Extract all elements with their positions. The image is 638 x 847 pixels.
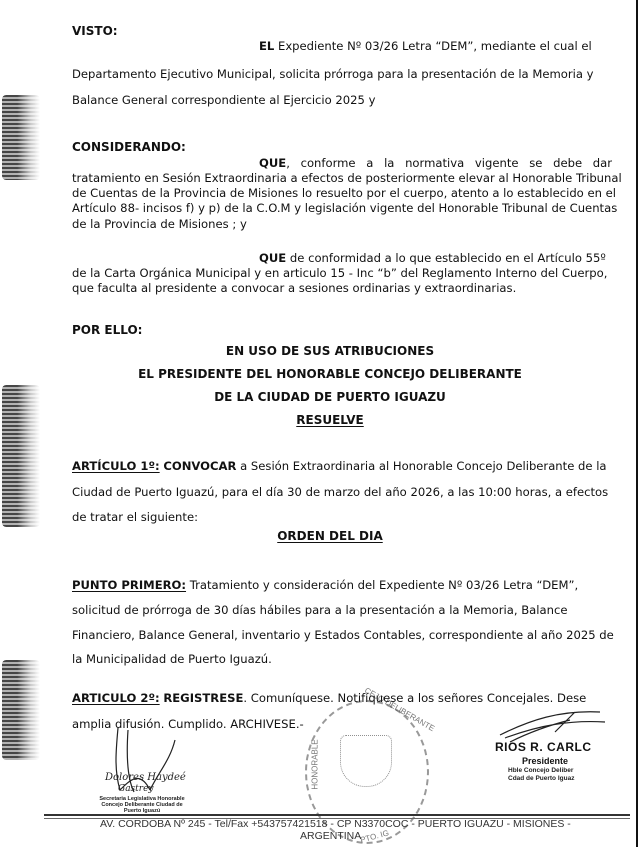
- section-heading-visto: VISTO:: [72, 24, 612, 39]
- president-subtitle-line: Hble Concejo Deliber: [508, 767, 574, 775]
- president-signature-name: RIOS R. CARLC: [495, 740, 592, 754]
- orden-del-dia-heading: ORDEN DEL DIA: [60, 529, 600, 544]
- seal-emblem-icon: [340, 735, 392, 787]
- document-page: VISTO: EL Expediente Nº 03/26 Letra “DEM…: [0, 0, 638, 847]
- articulo1-line: Ciudad de Puerto Iguazú, para el día 30 …: [72, 485, 612, 500]
- visto-lead: EL: [259, 39, 274, 53]
- visto-text: Expediente Nº 03/26 Letra “DEM”, mediant…: [274, 39, 591, 53]
- secretary-title: Secretaria Legislativa Honorable Concejo…: [97, 796, 187, 814]
- scanner-artifact: [2, 95, 40, 180]
- considerando-que1-line: QUE, conforme a la normativa vigente se …: [259, 156, 612, 171]
- visto-paragraph-line: Balance General correspondiente al Ejerc…: [72, 93, 612, 108]
- que2-lead: QUE: [259, 251, 286, 265]
- considerando-que1-line: tratamiento en Sesión Extraordinaria a e…: [72, 171, 612, 186]
- section-heading-por-ello: POR ELLO:: [72, 323, 612, 338]
- footer-divider: [44, 814, 630, 816]
- footer-address: AV. CORDOBA Nº 245 - Tel/Fax +5437574215…: [100, 818, 580, 830]
- scanner-artifact: [2, 660, 40, 760]
- articulo1-line: de tratar el siguiente:: [72, 510, 612, 525]
- punto-primero-line: la Municipalidad de Puerto Iguazú.: [72, 652, 612, 667]
- punto-primero-text: Tratamiento y consideración del Expedien…: [186, 578, 578, 592]
- secretary-signature-surname: Gastrey: [118, 784, 154, 794]
- visto-paragraph-line: Departamento Ejecutivo Municipal, solici…: [72, 67, 612, 82]
- visto-paragraph-line: EL Expediente Nº 03/26 Letra “DEM”, medi…: [259, 39, 613, 54]
- que1-text: , conforme a la normativa vigente se deb…: [286, 156, 612, 170]
- articulo1-label: ARTÍCULO 1º:: [72, 459, 160, 473]
- que2-text: de conformidad a lo que establecido en e…: [286, 251, 606, 265]
- scanner-artifact: [2, 385, 40, 527]
- articulo2-text: . Comuníquese. Notifíquese a los señores…: [243, 691, 586, 705]
- articulo1-text: a Sesión Extraordinaria al Honorable Con…: [236, 459, 606, 473]
- section-heading-considerando: CONSIDERANDO:: [72, 140, 612, 155]
- punto-primero-label: PUNTO PRIMERO:: [72, 578, 186, 592]
- considerando-que1-line: de la Provincia de Misiones ; y: [72, 217, 612, 232]
- city-line: DE LA CIUDAD DE PUERTO IGUAZU: [60, 390, 600, 405]
- articulo2-label: ARTICULO 2º:: [72, 691, 160, 705]
- secretary-signature-name: Dolores Haydeé: [105, 772, 186, 783]
- resuelve-text: RESUELVE: [296, 413, 364, 427]
- punto-primero-line: PUNTO PRIMERO: Tratamiento y consideraci…: [72, 578, 612, 593]
- considerando-que2-line: que faculta al presidente a convocar a s…: [72, 281, 612, 296]
- considerando-que1-line: de Cuentas de la Provincia de Misiones l…: [72, 186, 612, 201]
- president-title: Presidente: [522, 756, 568, 766]
- considerando-que2-line: QUE de conformidad a lo que establecido …: [259, 251, 612, 266]
- seal-text-left: HONORABLE: [311, 739, 320, 789]
- articulo1-line: ARTÍCULO 1º: CONVOCAR a Sesión Extraordi…: [72, 459, 612, 474]
- orden-del-dia-text: ORDEN DEL DIA: [277, 529, 383, 543]
- president-subtitle: Hble Concejo Deliber Cdad de Puerto Igua…: [508, 767, 574, 783]
- que1-lead: QUE: [259, 156, 286, 170]
- articulo1-action: CONVOCAR: [163, 459, 236, 473]
- articulo2-action: REGISTRESE: [163, 691, 243, 705]
- articulo2-line: ARTICULO 2º: REGISTRESE. Comuníquese. No…: [72, 691, 612, 706]
- punto-primero-line: Financiero, Balance General, inventario …: [72, 628, 612, 643]
- considerando-que1-line: Artículo 88- incisos f) y p) de la C.O.M…: [72, 201, 612, 216]
- considerando-que2-line: de la Carta Orgánica Municipal y en arti…: [72, 266, 612, 281]
- attributions-line: EN USO DE SUS ATRIBUCIONES: [60, 344, 600, 359]
- resuelve-heading: RESUELVE: [60, 413, 600, 428]
- footer-country: ARGENTINA: [300, 830, 361, 842]
- punto-primero-line: solicitud de prórroga de 30 días hábiles…: [72, 603, 612, 618]
- president-subtitle-line: Cdad de Puerto Iguaz: [508, 775, 574, 783]
- president-line: EL PRESIDENTE DEL HONORABLE CONCEJO DELI…: [60, 367, 600, 382]
